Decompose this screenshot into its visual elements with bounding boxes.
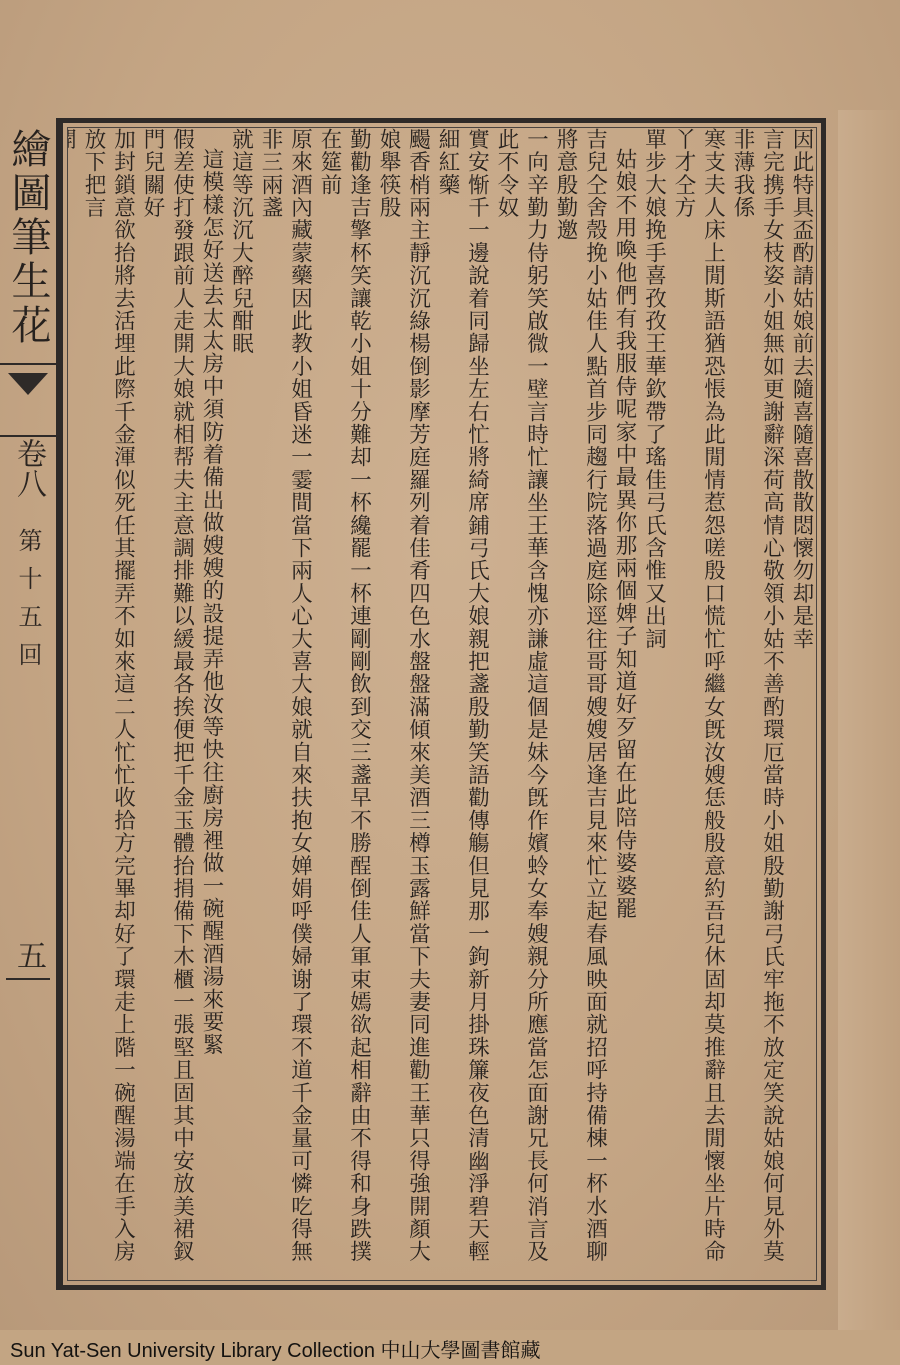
chapter-label: 第十五回 <box>8 528 48 680</box>
scanned-book-page: 繪圖筆生花 卷八 第十五回 五 因此特具盃酌請姑娘前去隨喜隨喜散散悶懷勿却是幸 … <box>0 0 900 1330</box>
text-column: 單步大娘挽手喜孜孜王華欽帶了瑤佳弓氏含惟又出詞 <box>639 128 669 1280</box>
footer-bar: Sun Yat-Sen University Library Collectio… <box>0 1330 900 1365</box>
text-column: 因此特具盃酌請姑娘前去隨喜隨喜散散悶懷勿却是幸 <box>787 128 817 1280</box>
volume-label: 卷八 <box>6 438 50 498</box>
vertical-text-body: 因此特具盃酌請姑娘前去隨喜隨喜散散悶懷勿却是幸 言完携手女枝姿小姐無如更謝辭深荷… <box>68 128 816 1280</box>
text-column: 言完携手女枝姿小姐無如更謝辭深荷高情心敬領小姑不善酌環厄當時小姐殷勤謝弓氏牢拖不… <box>728 128 787 1280</box>
text-column: 吉兒仝舍殼挽小姑佳人點首步同趨行院落過庭除逕往哥哥嫂嫂居逢吉見來忙立起春風映面就… <box>551 128 610 1280</box>
page-edge <box>838 110 900 1330</box>
text-column: 寒支夫人床上閒斯語猶恐悵為此閒情惹怨嗟殷口慌忙呼繼女旣汝嫂恁般殷意約吾兒休固却莫… <box>669 128 728 1280</box>
text-column: 就這等沉沉大醉兒酣眠 <box>226 128 256 1280</box>
text-column: 實安惭千一邊說着同歸坐左右忙將綺席鋪弓氏大娘親把盞殷勤笑語勸傳觴但見那一鉤新月掛… <box>433 128 492 1280</box>
text-column: 這模樣怎好送去太太房中須防着備出做嫂嫂的設提弄他汝等快往廚房裡做一碗醒酒湯來要緊 <box>197 128 227 1280</box>
book-title: 繪圖筆生花 <box>4 128 52 348</box>
page-spine: 繪圖筆生花 卷八 第十五回 五 <box>0 118 58 1290</box>
text-column: 颺香梢兩主靜沉沉綠楊倒影摩芳庭羅列着佳肴四色水盤盤滿傾來美酒三樽玉露鮮當下夫妻同… <box>374 128 433 1280</box>
text-column: 勤勸逢吉擎杯笑讓乾小姐十分難却一杯纔罷一杯連剛剛飲到交三盞早不勝酲倒佳人軍束嫣欲… <box>315 128 374 1280</box>
text-column: 一向辛勤力侍躬笑啟微一壁言時忙讓坐王華含愧亦謙虛這個是妹今旣作嬪蛉女奉嫂親分所應… <box>492 128 551 1280</box>
fish-tail-mark <box>0 363 56 437</box>
page-number: 五 <box>6 940 50 980</box>
text-column: 開 <box>68 128 79 1280</box>
text-column: 原來酒內藏蒙藥因此教小姐昏迷一霎間當下兩人心大喜大娘就自來扶抱女婵娟呼僕婦谢了環… <box>256 128 315 1280</box>
text-column: 姑娘不用喚他們有我服侍呢家中最異你那兩個婢子知道好歹留在此陪侍婆婆罷 <box>610 128 640 1280</box>
library-caption: Sun Yat-Sen University Library Collectio… <box>10 1334 541 1363</box>
text-column: 加封鎖意欲抬將去活埋此際千金渾似死任其擺弄不如來這二人忙忙收拾方完畢却好了環走上… <box>79 128 138 1280</box>
text-column: 假差使打發跟前人走開大娘就相帮夫主意調排難以緩最各挨便把千金玉體抬捐備下木櫃一張… <box>138 128 197 1280</box>
